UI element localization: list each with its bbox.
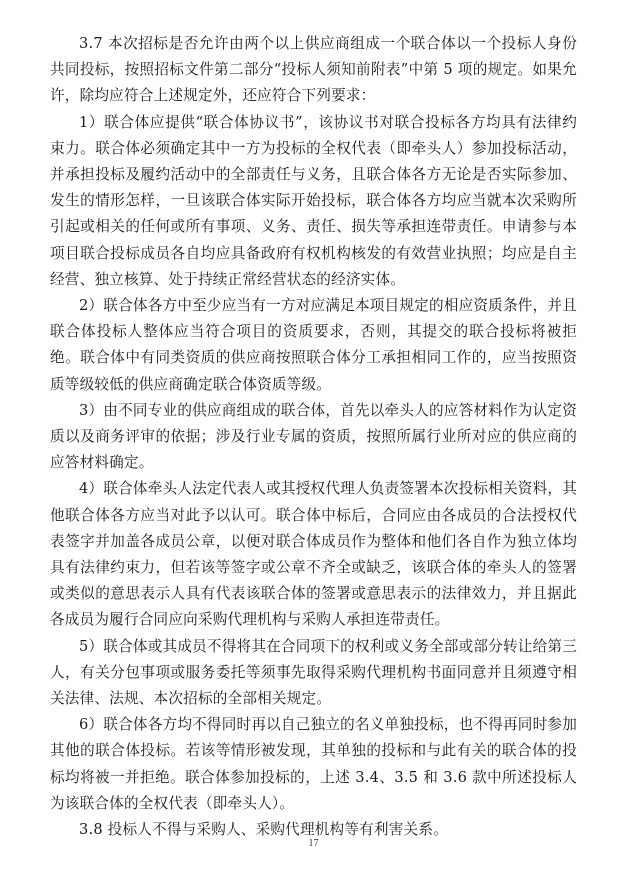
paragraph-item-1: 1）联合体应提供“联合体协议书”，该协议书对联合投标各方均具有法律约束力。联合体… (50, 110, 577, 293)
page-number: 17 (0, 838, 627, 849)
paragraph-item-5: 5）联合体或其成员不得将其在合同项下的权利或义务全部或部分转让给第三人，有关分包… (50, 634, 577, 713)
paragraph-item-2: 2）联合体各方中至少应当有一方对应满足本项目规定的相应资质条件，并且联合体投标人… (50, 293, 577, 398)
paragraph-item-6: 6）联合体各方均不得同时再以自己独立的名义单独投标，也不得再同时参加其他的联合体… (50, 712, 577, 817)
paragraph-item-3: 3）由不同专业的供应商组成的联合体，首先以牵头人的应答材料作为认定资质以及商务评… (50, 398, 577, 477)
paragraph-item-4: 4）联合体牵头人法定代表人或其授权代理人负责签署本次投标相关资料，其他联合体各方… (50, 476, 577, 633)
paragraph-3-7: 3.7 本次招标是否允许由两个以上供应商组成一个联合体以一个投标人身份共同投标，… (50, 31, 577, 110)
document-page: 3.7 本次招标是否允许由两个以上供应商组成一个联合体以一个投标人身份共同投标，… (50, 31, 577, 843)
